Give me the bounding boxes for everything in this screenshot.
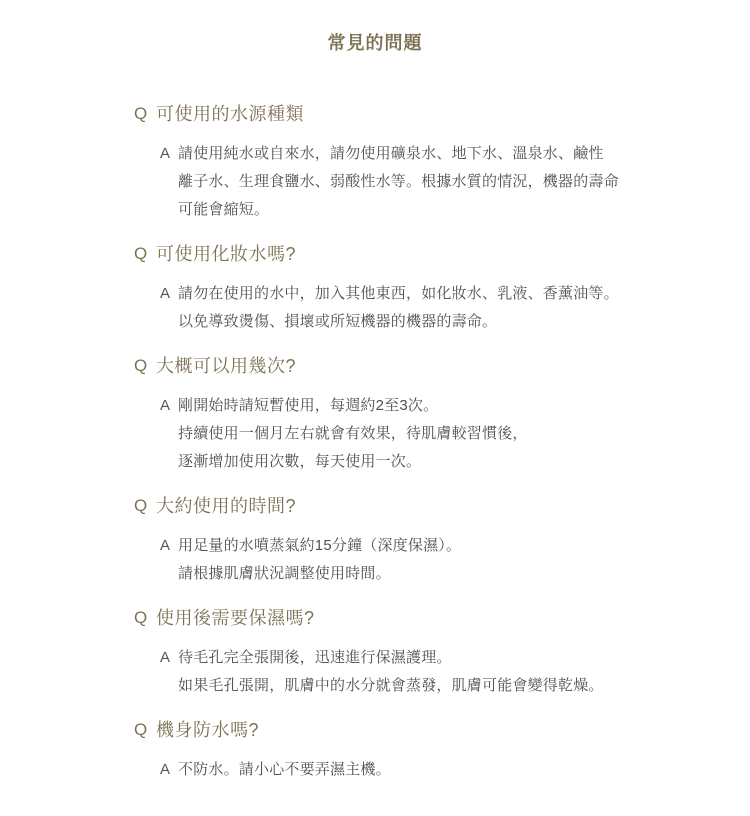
q-marker: Q (134, 354, 156, 378)
a-marker: A (160, 140, 178, 168)
faq-item-usage-time: Q 大約使用的時間? A 用足量的水噴蒸氣約15分鐘（深度保濕）。 請根據肌膚狀… (134, 494, 710, 588)
faq-item-lotion-water: Q 可使用化妝水嗎? A 請勿在使用的水中，加入其他東西，如化妝水、乳液、香薰油… (134, 242, 710, 336)
question-row: Q 機身防水嗎? (134, 718, 710, 742)
answer-line: 逐漸增加使用次數，每天使用一次。 (178, 448, 710, 476)
answer-line: 如果毛孔張開，肌膚中的水分就會蒸發，肌膚可能會變得乾燥。 (178, 672, 710, 700)
faq-item-moisturize-after: Q 使用後需要保濕嗎? A 待毛孔完全張開後，迅速進行保濕護理。 如果毛孔張開，… (134, 606, 710, 700)
answer-text: 請使用純水或自來水，請勿使用礦泉水、地下水、溫泉水、鹼性 離子水、生理食鹽水、弱… (178, 140, 710, 224)
answer-line: 離子水、生理食鹽水、弱酸性水等。根據水質的情況，機器的壽命 (178, 168, 710, 196)
a-marker: A (160, 756, 178, 784)
a-marker: A (160, 532, 178, 560)
faq-list: Q 可使用的水源種類 A 請使用純水或自來水，請勿使用礦泉水、地下水、溫泉水、鹼… (0, 102, 750, 784)
answer-row: A 請使用純水或自來水，請勿使用礦泉水、地下水、溫泉水、鹼性 離子水、生理食鹽水… (160, 140, 710, 224)
q-marker: Q (134, 242, 156, 266)
faq-item-usage-frequency: Q 大概可以用幾次? A 剛開始時請短暫使用，每週約2至3次。 持續使用一個月左… (134, 354, 710, 476)
answer-row: A 請勿在使用的水中，加入其他東西，如化妝水、乳液、香薰油等。 以免導致燙傷、損… (160, 280, 710, 336)
question-row: Q 可使用化妝水嗎? (134, 242, 710, 266)
answer-row: A 用足量的水噴蒸氣約15分鐘（深度保濕）。 請根據肌膚狀況調整使用時間。 (160, 532, 710, 588)
answer-line: 以免導致燙傷、損壞或所短機器的機器的壽命。 (178, 308, 710, 336)
a-marker: A (160, 644, 178, 672)
answer-row: A 不防水。請小心不要弄濕主機。 (160, 756, 710, 784)
answer-row: A 剛開始時請短暫使用，每週約2至3次。 持續使用一個月左右就會有效果，待肌膚較… (160, 392, 710, 476)
answer-text: 請勿在使用的水中，加入其他東西，如化妝水、乳液、香薰油等。 以免導致燙傷、損壞或… (178, 280, 710, 336)
answer-line: 待毛孔完全張開後，迅速進行保濕護理。 (178, 644, 710, 672)
question-row: Q 使用後需要保濕嗎? (134, 606, 710, 630)
page-title: 常見的問題 (0, 33, 750, 54)
q-marker: Q (134, 494, 156, 518)
question-text: 機身防水嗎? (156, 718, 259, 742)
answer-row: A 待毛孔完全張開後，迅速進行保濕護理。 如果毛孔張開，肌膚中的水分就會蒸發，肌… (160, 644, 710, 700)
a-marker: A (160, 392, 178, 420)
answer-line: 請使用純水或自來水，請勿使用礦泉水、地下水、溫泉水、鹼性 (178, 140, 710, 168)
question-row: Q 大概可以用幾次? (134, 354, 710, 378)
q-marker: Q (134, 102, 156, 126)
faq-page: 常見的問題 Q 可使用的水源種類 A 請使用純水或自來水，請勿使用礦泉水、地下水… (0, 0, 750, 816)
answer-line: 用足量的水噴蒸氣約15分鐘（深度保濕）。 (178, 532, 710, 560)
question-text: 可使用的水源種類 (156, 102, 304, 126)
question-text: 大概可以用幾次? (156, 354, 296, 378)
question-row: Q 可使用的水源種類 (134, 102, 710, 126)
answer-text: 用足量的水噴蒸氣約15分鐘（深度保濕）。 請根據肌膚狀況調整使用時間。 (178, 532, 710, 588)
question-text: 使用後需要保濕嗎? (156, 606, 315, 630)
answer-line: 持續使用一個月左右就會有效果，待肌膚較習慣後， (178, 420, 710, 448)
a-marker: A (160, 280, 178, 308)
answer-line: 剛開始時請短暫使用，每週約2至3次。 (178, 392, 710, 420)
answer-line: 不防水。請小心不要弄濕主機。 (178, 756, 710, 784)
question-text: 大約使用的時間? (156, 494, 296, 518)
q-marker: Q (134, 606, 156, 630)
faq-item-water-sources: Q 可使用的水源種類 A 請使用純水或自來水，請勿使用礦泉水、地下水、溫泉水、鹼… (134, 102, 710, 224)
answer-text: 待毛孔完全張開後，迅速進行保濕護理。 如果毛孔張開，肌膚中的水分就會蒸發，肌膚可… (178, 644, 710, 700)
faq-item-waterproof: Q 機身防水嗎? A 不防水。請小心不要弄濕主機。 (134, 718, 710, 784)
answer-text: 剛開始時請短暫使用，每週約2至3次。 持續使用一個月左右就會有效果，待肌膚較習慣… (178, 392, 710, 476)
answer-line: 可能會縮短。 (178, 196, 710, 224)
answer-line: 請勿在使用的水中，加入其他東西，如化妝水、乳液、香薰油等。 (178, 280, 710, 308)
q-marker: Q (134, 718, 156, 742)
answer-line: 請根據肌膚狀況調整使用時間。 (178, 560, 710, 588)
answer-text: 不防水。請小心不要弄濕主機。 (178, 756, 710, 784)
question-text: 可使用化妝水嗎? (156, 242, 296, 266)
question-row: Q 大約使用的時間? (134, 494, 710, 518)
